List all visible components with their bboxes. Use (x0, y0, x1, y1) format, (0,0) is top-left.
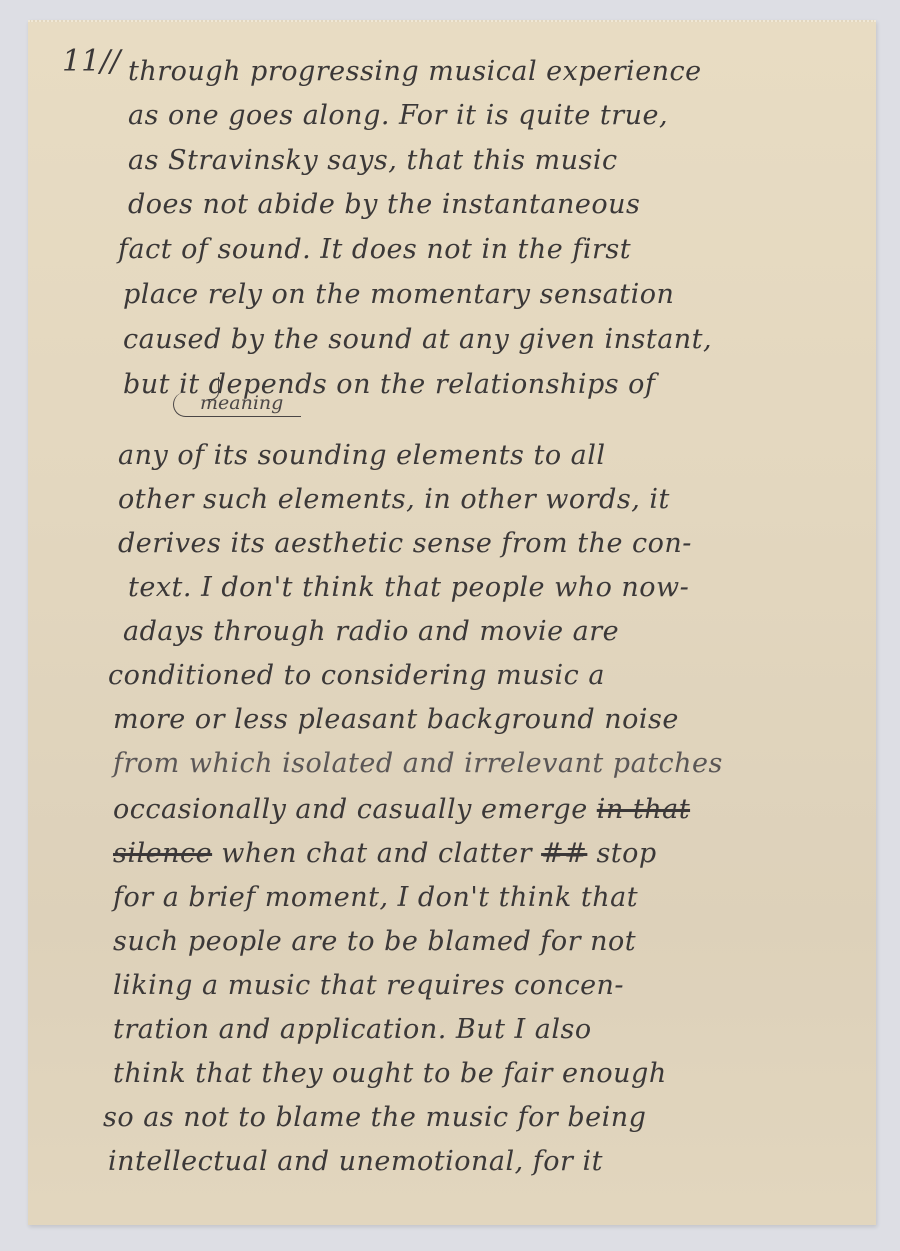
line-text: occasionally and casually emerge (113, 794, 588, 825)
manuscript-line: for a brief moment, I don't think that (113, 882, 638, 913)
manuscript-line: such people are to be blamed for not (113, 926, 636, 957)
manuscript-line: place rely on the momentary sensation (123, 279, 674, 310)
manuscript-line: other such elements, in other words, it (118, 484, 670, 515)
manuscript-page: 11// through progressing musical experie… (28, 20, 876, 1225)
manuscript-line: liking a music that requires concen- (113, 970, 624, 1001)
manuscript-line: from which isolated and irrelevant patch… (113, 748, 723, 779)
struck-text: in that (597, 794, 690, 825)
manuscript-line: does not abide by the instantaneous (128, 189, 640, 220)
manuscript-line: adays through radio and movie are (123, 616, 619, 647)
struck-text: silence (113, 838, 212, 869)
manuscript-line: intellectual and unemotional, for it (108, 1146, 603, 1177)
manuscript-line: any of its sounding elements to all (118, 440, 606, 471)
manuscript-line: fact of sound. It does not in the first (118, 234, 631, 265)
manuscript-line: derives its aesthetic sense from the con… (118, 528, 692, 559)
manuscript-line: so as not to blame the music for being (103, 1102, 646, 1133)
manuscript-line: silence when chat and clatter ## stop (113, 838, 657, 869)
manuscript-line: think that they ought to be fair enough (113, 1058, 667, 1089)
manuscript-line: occasionally and casually emerge in that (113, 794, 690, 825)
manuscript-line: text. I don't think that people who now- (128, 572, 689, 603)
line-text: when chat and clatter (221, 838, 532, 869)
manuscript-line: caused by the sound at any given instant… (123, 324, 712, 355)
insertion-note: meaning (173, 392, 301, 417)
struck-text: ## (541, 838, 587, 869)
manuscript-line: conditioned to considering music a (108, 660, 605, 691)
manuscript-line: as one goes along. For it is quite true, (128, 100, 668, 131)
manuscript-line: more or less pleasant background noise (113, 704, 679, 735)
manuscript-line: through progressing musical experience (128, 56, 702, 87)
manuscript-line: tration and application. But I also (113, 1014, 592, 1045)
line-text: stop (596, 838, 656, 869)
page-marker: 11// (62, 44, 120, 79)
manuscript-line: as Stravinsky says, that this music (128, 145, 618, 176)
